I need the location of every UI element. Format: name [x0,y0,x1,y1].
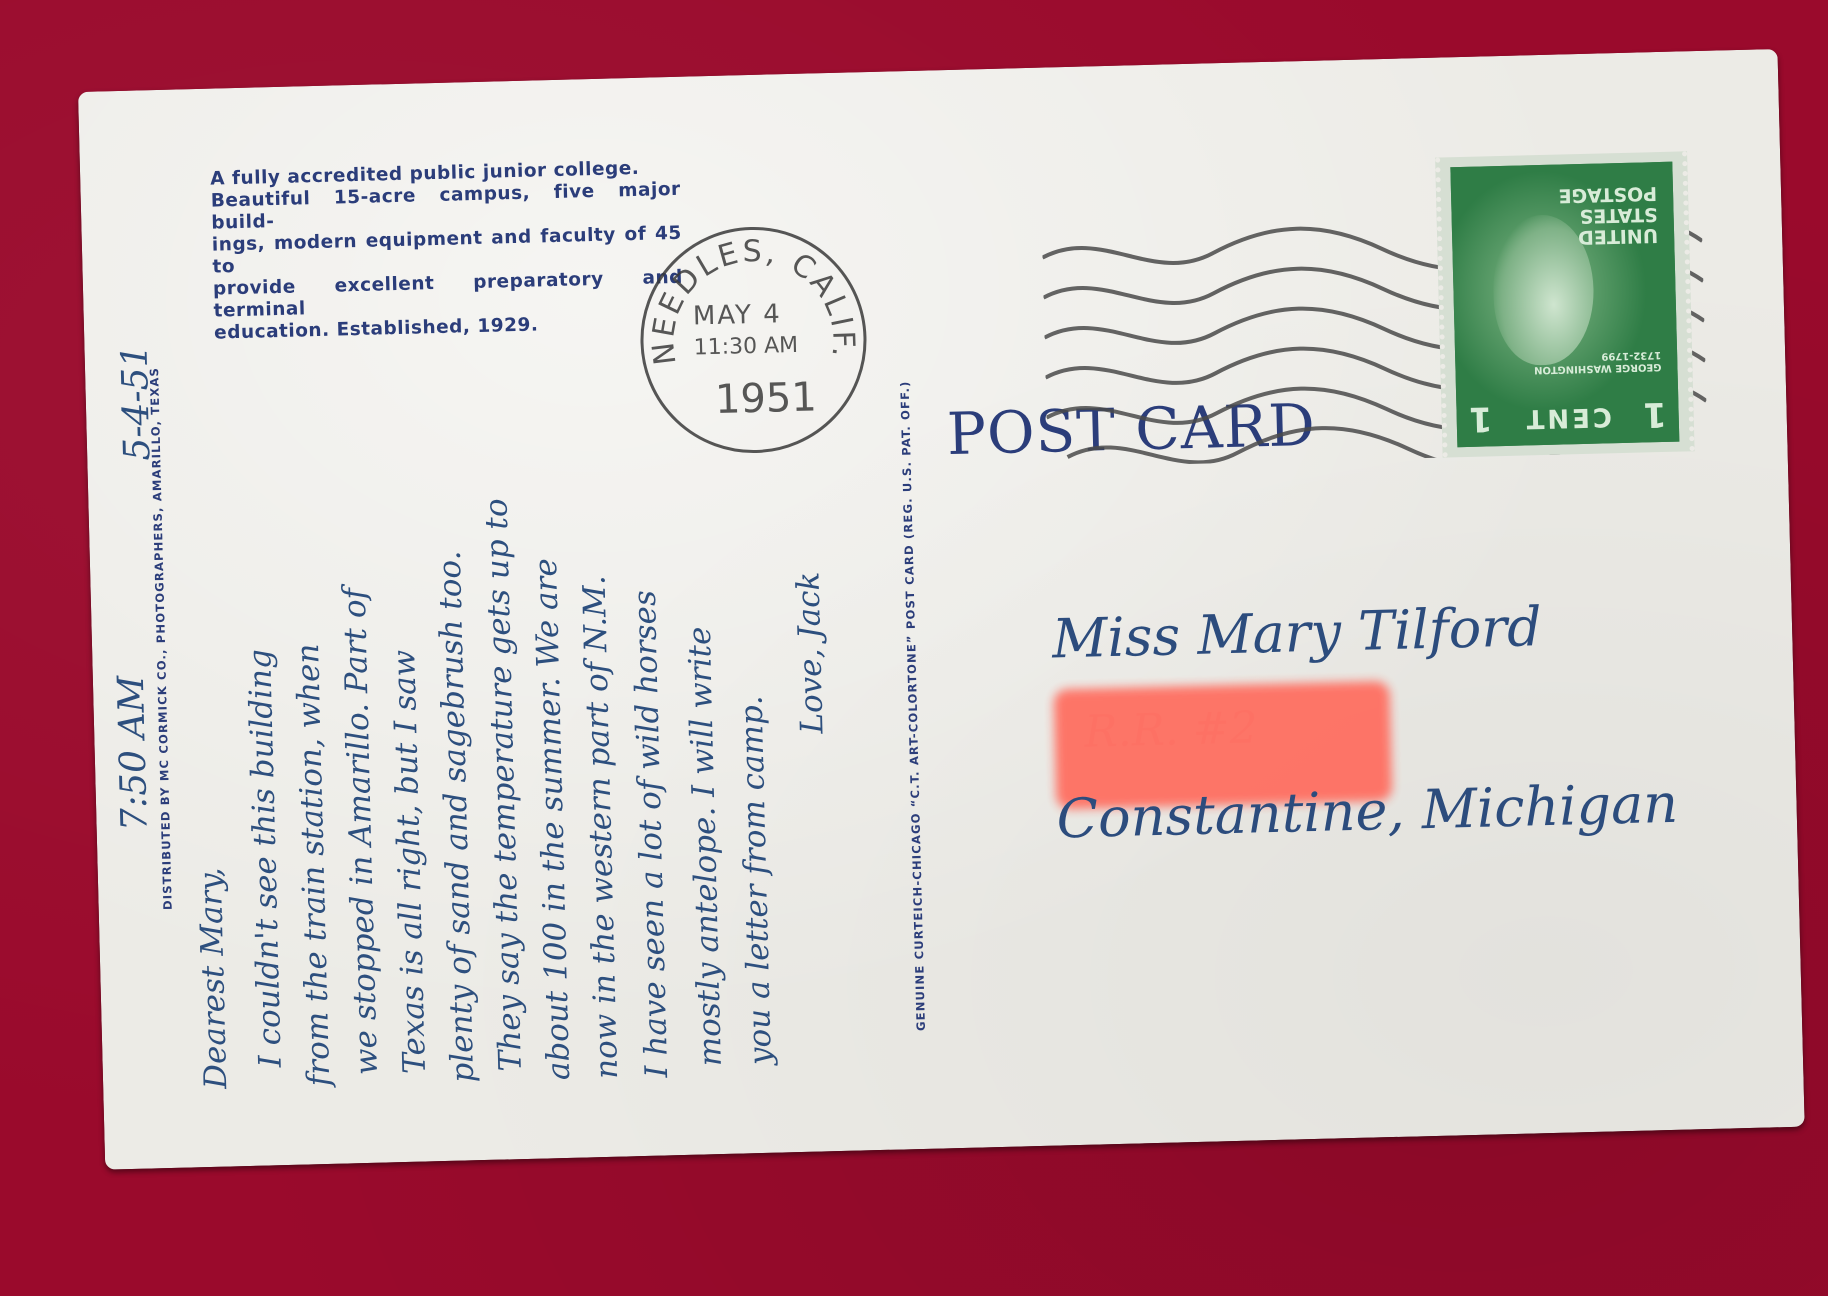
stamp-country-line: UNITED [1559,224,1658,247]
message-line: you a letter from camp. [733,695,778,1065]
handwritten-time: 7:50 AM [111,675,156,831]
postmark-date: MAY 4 [692,299,782,331]
stamp-country-line: STATES [1559,203,1658,226]
handwritten-date: 5-4-51 [114,344,158,461]
message-line: I couldn't see this building [242,649,289,1068]
postmark: NEEDLES, CALIF. MAY 4 11:30 AM 1951 [638,224,870,456]
message-signature: Love, Jack [790,571,830,734]
message-line: Dearest Mary, [193,867,235,1089]
postmark-time: 11:30 AM [693,333,798,361]
message-line: Texas is all right, but I saw [386,649,433,1074]
stamp-denomination: 1 [1468,398,1493,439]
message-line: now in the western part of N.M. [576,575,625,1079]
message-line: mostly antelope. I will write [682,626,729,1067]
message-line: about 100 in the summer. We are [528,558,577,1081]
stamp-country-line: POSTAGE [1558,182,1657,205]
postmark-year: 1951 [714,374,817,423]
publisher-credit: GENUINE CURTEICH-CHICAGO “C.T. ART-COLOR… [898,380,928,1031]
college-description: A fully accredited public junior college… [210,157,684,345]
message-line: from the train station, when [290,643,337,1086]
message-line: I have seen a lot of wild horses [627,590,675,1078]
message-line: plenty of sand and sagebrush too. [432,550,481,1083]
address-name: Miss Mary Tilford [1051,595,1542,670]
stamp-country: UNITED STATES POSTAGE [1558,182,1658,247]
stamp-face: 1 CENT 1 GEORGE WASHINGTON 1732-1799 UNI… [1450,162,1679,448]
postcard: A fully accredited public junior college… [78,49,1805,1170]
postage-stamp: 1 CENT 1 GEORGE WASHINGTON 1732-1799 UNI… [1435,151,1695,457]
message-line: They say the temperature gets up to [478,498,528,1072]
message-line: we stopped in Amarillo. Part of [337,588,385,1076]
